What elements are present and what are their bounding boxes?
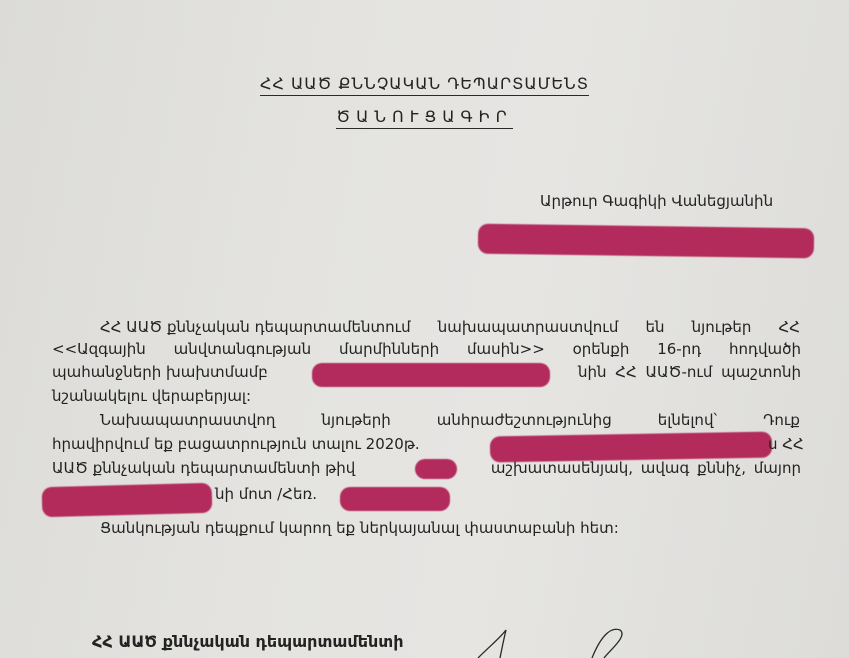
signature-title: ՀՀ ԱԱԾ քննչական դեպարտամենտի [92,632,403,651]
paragraph1-line3-start: պահանջների խախտմամբ [52,363,268,381]
paragraph2-line1: Նախապատրաստվող նյութերի անհրաժեշտություն… [100,411,800,429]
paragraph2-line4-mid: նի մոտ /Հեռ. [215,485,317,503]
redaction-date-time [490,432,772,463]
document-type-text: ԾԱՆՈՒՑԱԳԻՐ [336,107,512,129]
paragraph3-line1: Ցանկության դեպքում կարող եք ներկայանալ փ… [100,519,619,537]
paragraph1-line4: նշանակելու վերաբերյալ: [52,387,251,405]
paragraph2-line2-start: հրավիրվում եք բացատրություն տալու 2020թ. [52,435,420,453]
recipient-name: Արթուր Գագիկի Վանեցյանին [540,192,773,210]
handwritten-signature-icon [470,618,650,658]
paragraph1-line3-end: նին ՀՀ ԱԱԾ-ում պաշտոնի [550,363,801,381]
paragraph2-line3-start: ԱԱԾ քննչական դեպարտամենտի թիվ [52,459,355,477]
document-page: ՀՀ ԱԱԾ ՔՆՆՉԱԿԱՆ ԴԵՊԱՐՏԱՄԵՆՏ ԾԱՆՈՒՑԱԳԻՐ Ա… [0,0,849,658]
redaction-person-name [312,363,550,387]
paragraph1-line1: ՀՀ ԱԱԾ քննչական դեպարտամենտում նախապատրա… [100,318,800,336]
paragraph2-line3-end: աշխատասենյակ, ավագ քննիչ, մայոր [462,459,801,477]
department-heading: ՀՀ ԱԱԾ ՔՆՆՉԱԿԱՆ ԴԵՊԱՐՏԱՄԵՆՏ [0,74,849,93]
redaction-room-number [415,459,457,479]
department-heading-text: ՀՀ ԱԱԾ ՔՆՆՉԱԿԱՆ ԴԵՊԱՐՏԱՄԵՆՏ [260,74,589,96]
paragraph2-line2-end: ս ՀՀ [768,435,801,453]
paragraph1-line2: <<Ազգային անվտանգության մարմինների մասին… [52,340,801,358]
redaction-recipient-address [478,224,814,259]
document-type-heading: ԾԱՆՈՒՑԱԳԻՐ [0,107,849,126]
redaction-investigator-name [42,483,213,517]
redaction-phone-number [340,487,450,511]
